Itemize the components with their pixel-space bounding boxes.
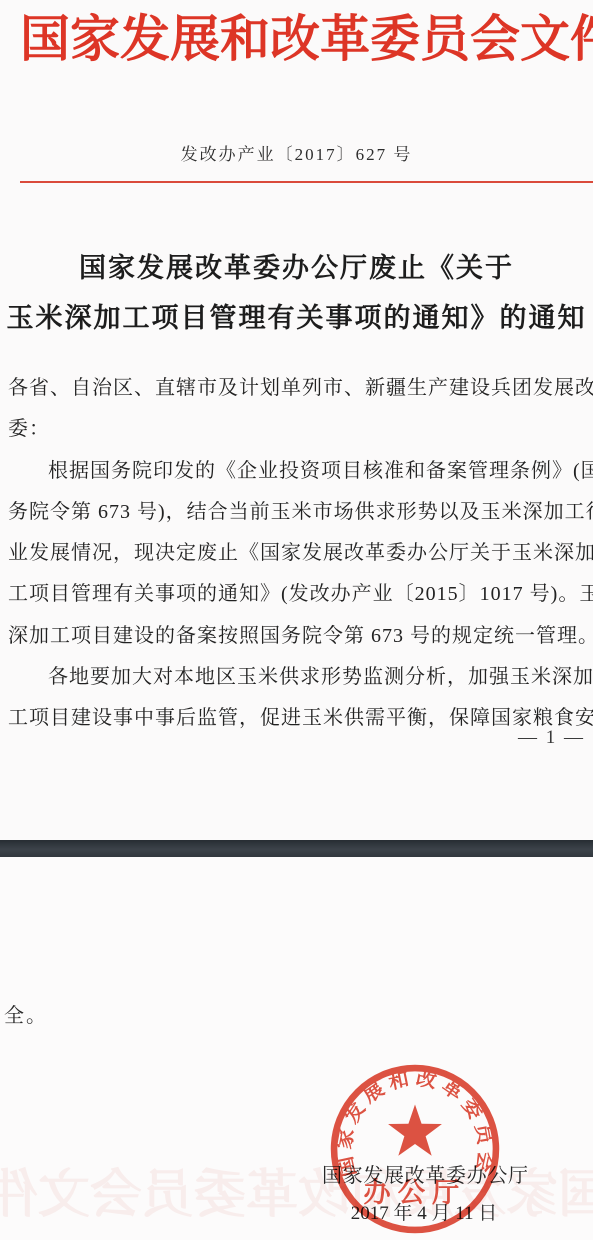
continuation-text: 全。 [4,999,48,1028]
document-title-line2: 玉米深加工项目管理有关事项的通知》的通知 [0,293,593,343]
body-line: 委： [8,409,585,450]
body-line: 各省、自治区、直辖市及计划单列市、新疆生产建设兵团发展改革 [8,368,585,409]
body-line: 业发展情况，现决定废止《国家发展改革委办公厅关于玉米深加 [8,533,585,574]
body-line: 深加工项目建设的备案按照国务院令第 673 号的规定统一管理。 [8,616,585,657]
body-line: 各地要加大对本地区玉米供求形势监测分析，加强玉米深加 [8,657,585,698]
scanned-document: { "document": { "header": { "agency_bann… [0,0,593,1240]
document-page-2: 全。 国家发展和改革委员会文件 国家发展改革委办公厅 2017 年 4 月 11… [0,857,593,1240]
body-line: 工项目管理有关事项的通知》(发改办产业〔2015〕1017 号)。玉米 [8,574,585,615]
seal-bottom-text: 办公厅 [363,1178,466,1208]
document-title-line1: 国家发展改革委办公厅废止《关于 [0,243,593,293]
body-line: 根据国务院印发的《企业投资项目核准和备案管理条例》(国 [8,451,585,492]
document-title: 国家发展改革委办公厅废止《关于 玉米深加工项目管理有关事项的通知》的通知 [0,243,593,343]
seal-star-icon [388,1104,442,1155]
official-red-seal-stamp: 国家发展和改革委员会 办公厅 [329,1063,501,1235]
red-divider-line [20,181,593,183]
body-line: 务院令第 673 号)，结合当前玉米市场供求形势以及玉米深加工行 [8,492,585,533]
agency-banner-title: 国家发展和改革委员会文件 [20,8,593,70]
body-line: 工项目建设事中事后监管，促进玉米供需平衡，保障国家粮食安 [8,698,585,739]
page-break-bar [0,840,593,857]
document-page-1: 国家发展和改革委员会文件 发改办产业〔2017〕627 号 国家发展改革委办公厅… [0,0,593,840]
document-body: 各省、自治区、直辖市及计划单列市、新疆生产建设兵团发展改革 委： 根据国务院印发… [8,368,585,740]
document-number: 发改办产业〔2017〕627 号 [0,140,593,165]
page-number: — 1 — [518,727,585,749]
